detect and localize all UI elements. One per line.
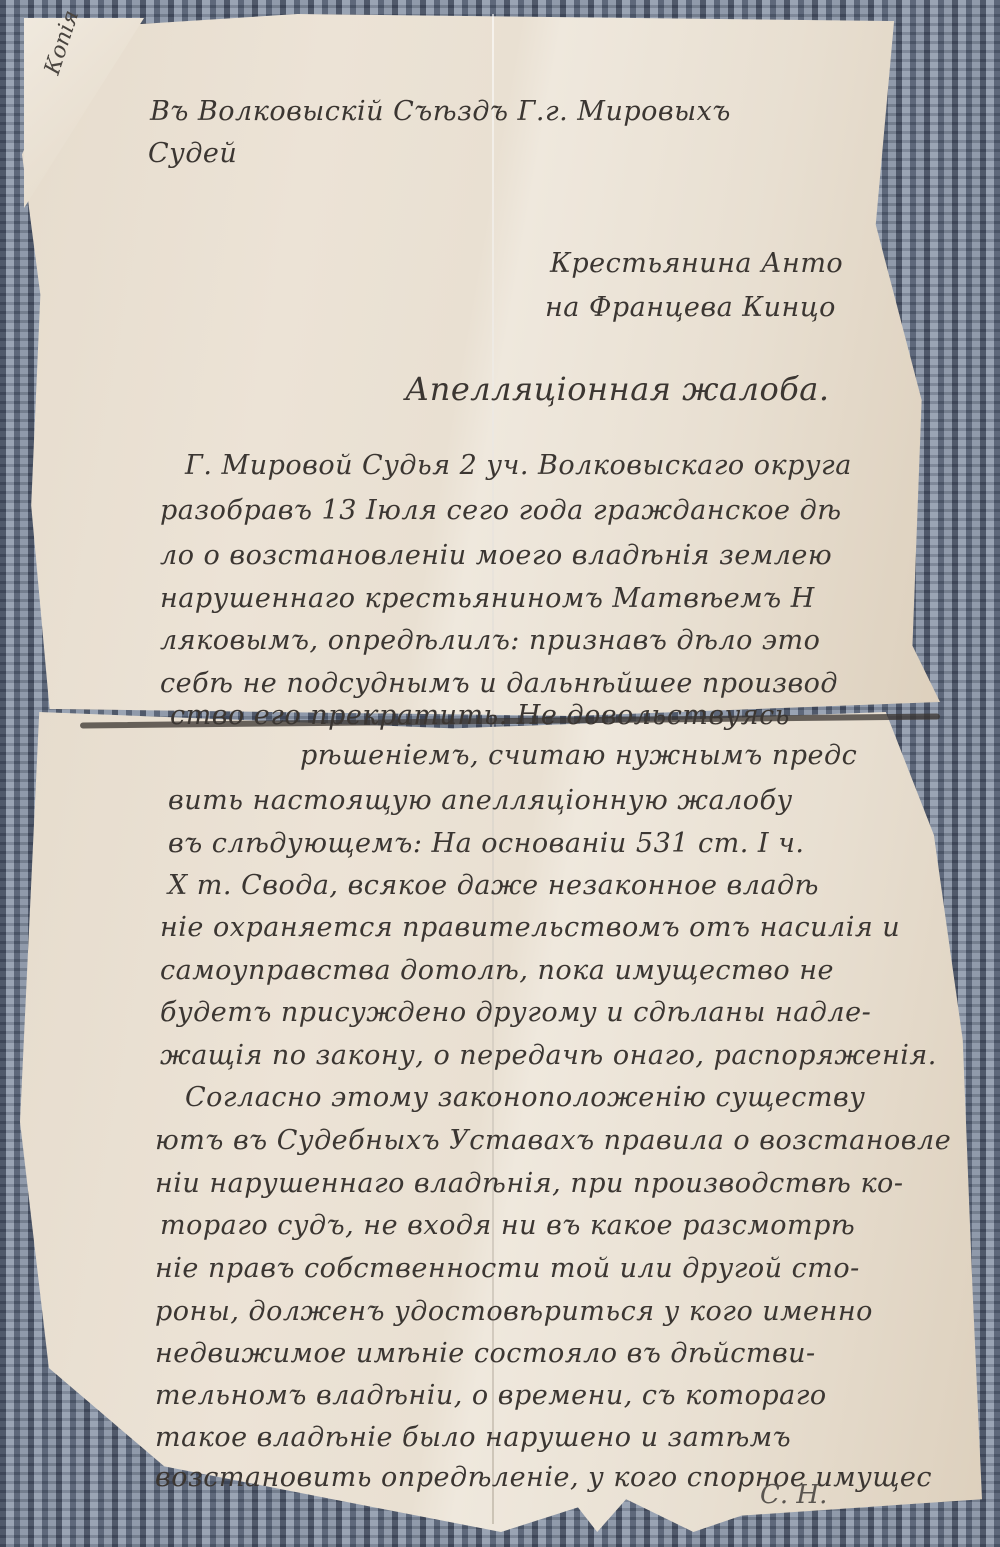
body-line: X т. Свода, всякое даже незаконное владѣ [168,870,819,901]
sender-line-2: на Францева Кинцо [545,292,836,323]
sender-line-1: Крестьянина Анто [550,248,843,279]
body-line: разобравъ 13 Іюля сего года гражданское … [160,495,842,526]
body-line: ство его прекратить. Не довольствуясь [170,700,790,731]
body-line: вить настоящую апелляціонную жалобу [168,785,793,816]
body-line: такое владѣніе было нарушено и затѣмъ [155,1422,791,1453]
body-line: Согласно этому законоположенію существу [185,1082,865,1113]
addressee-line-1: Въ Волковыскій Съѣздъ Г.г. Мировыхъ [150,96,731,127]
body-line: ляковымъ, опредѣлилъ: признавъ дѣло это [160,625,820,656]
body-line: тораго судъ, не входя ни въ какое разсмо… [160,1210,855,1241]
signature: С. Н. [760,1480,827,1510]
body-line: ніе охраняется правительствомъ отъ насил… [160,912,900,943]
body-line: Г. Мировой Судья 2 уч. Волковыскаго окру… [185,450,852,481]
body-line: недвижимое имѣніе состояло въ дѣйстви- [155,1338,816,1369]
body-line: рѣшеніемъ, считаю нужнымъ предс [300,740,857,771]
body-line: роны, долженъ удостовѣриться у кого имен… [155,1296,873,1327]
body-line: будетъ присуждено другому и сдѣланы надл… [160,997,871,1028]
body-line: въ слѣдующемъ: На основаніи 531 ст. I ч. [168,828,805,859]
body-line: ніи нарушеннаго владѣнія, при производст… [155,1168,903,1199]
body-line: самоуправства дотолѣ, пока имущество не [160,955,834,986]
body-line: себѣ не подсуднымъ и дальнѣйшее производ [160,668,838,699]
body-line: жащія по закону, о передачѣ онаго, распо… [160,1040,937,1071]
addressee-line-2: Судей [148,138,237,169]
body-line: ло о возстановленіи моего владѣнія земле… [160,540,832,571]
body-line: тельномъ владѣніи, о времени, съ котораг… [155,1380,827,1411]
document-title: Апелляціонная жалоба. [405,370,830,408]
body-line: нарушеннаго крестьяниномъ Матвѣемъ Н [160,583,815,614]
body-line: ютъ въ Судебныхъ Уставахъ правила о возс… [155,1125,951,1156]
body-line: ніе правъ собственности той или другой с… [155,1253,860,1284]
